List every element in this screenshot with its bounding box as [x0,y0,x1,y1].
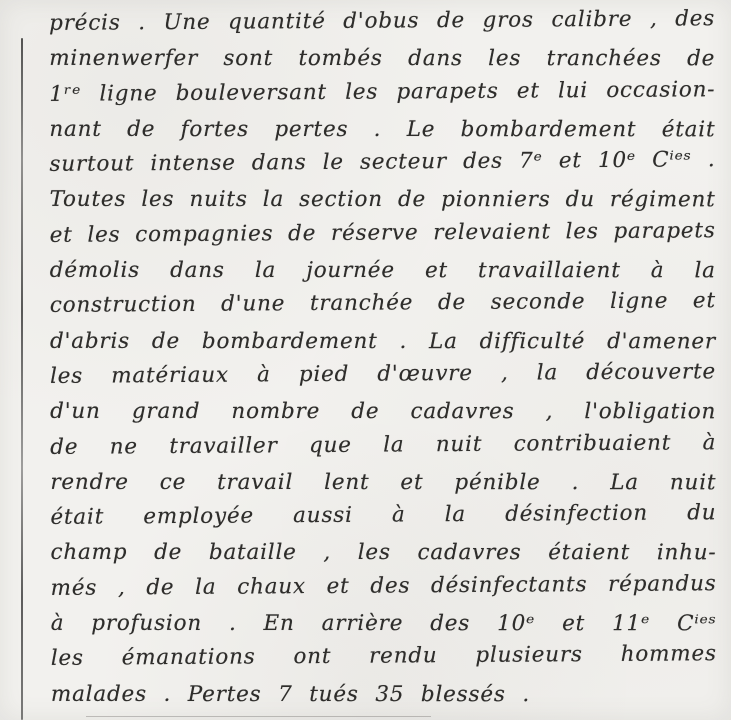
bottom-scan-line [86,716,431,717]
margin-rule-line [21,38,23,720]
handwritten-line: les émanations ont rendu plusieurs homme… [51,637,717,677]
handwritten-line: d'un grand nombre de cadavres , l'obliga… [50,394,716,430]
handwritten-text-block: précis . Une quantité d'obus de gros cal… [49,4,717,712]
handwritten-line: les matériaux à pied d'œuvre , la découv… [50,354,716,394]
handwritten-line: de ne travailler que la nuit contribuaie… [50,425,716,465]
handwritten-line: minenwerfer sont tombés dans les tranché… [49,41,715,77]
handwritten-line: malades . Pertes 7 tués 35 blessés . [51,677,717,713]
handwritten-line: précis . Une quantité d'obus de gros cal… [49,1,715,41]
handwritten-line: 1ʳᵉ ligne bouleversant les parapets et l… [49,72,715,112]
handwritten-line: était employée aussi à la désinfection d… [50,495,716,535]
handwritten-line: champ de bataille , les cadavres étaient… [51,535,717,571]
manuscript-page: précis . Une quantité d'obus de gros cal… [0,0,731,720]
handwritten-line: construction d'une tranchée de seconde l… [50,284,716,324]
handwritten-line: d'abris de bombardement . La difficulté … [50,324,716,360]
handwritten-line: Toutes les nuits la section de pionniers… [50,182,716,218]
handwritten-line: surtout intense dans le secteur des 7ᵉ e… [49,142,715,182]
handwritten-line: més , de la chaux et des désinfectants r… [50,566,716,606]
handwritten-line: et les compagnies de réserve relevaient … [50,213,716,253]
